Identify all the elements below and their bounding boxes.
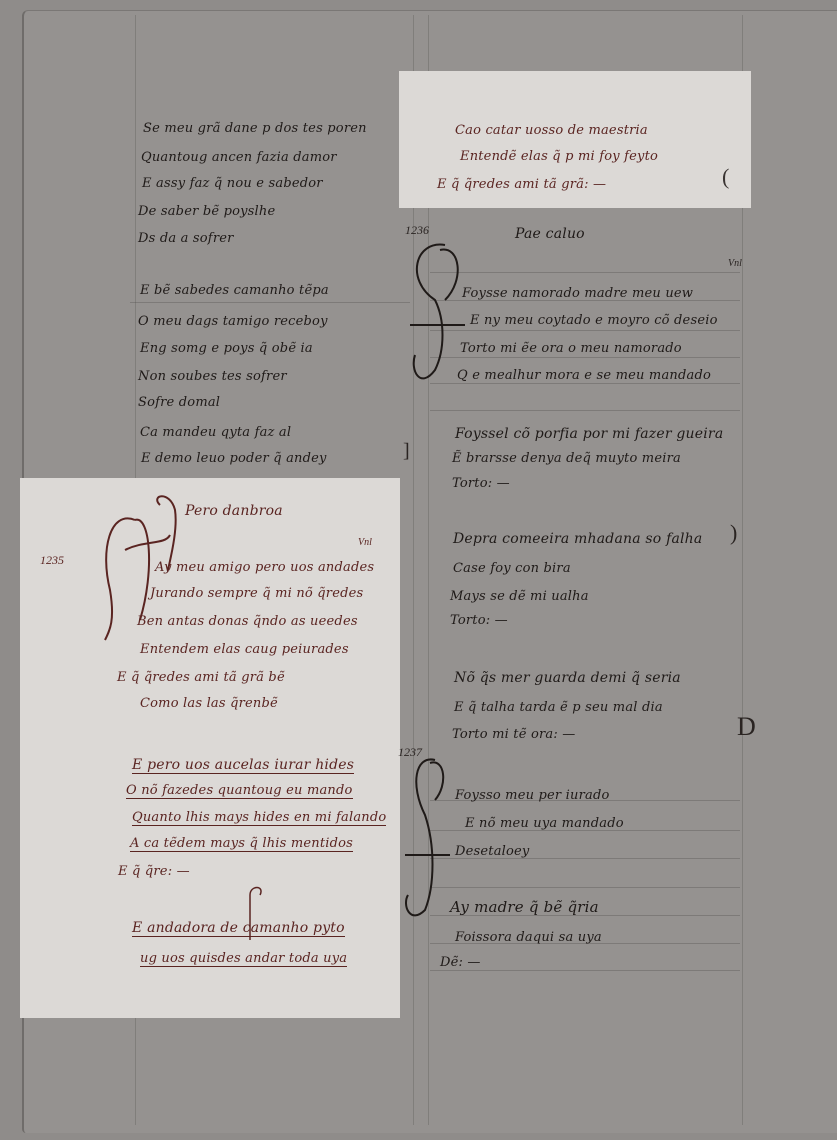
verse-line: Ca mandeu qyta faz al bbox=[140, 425, 291, 440]
verse-line: Eng somg e poys q̃ obẽ ia bbox=[140, 341, 313, 356]
ruled-line bbox=[130, 302, 410, 303]
verse-line: De saber bẽ poyslhe bbox=[138, 204, 275, 219]
verse-line: Cao catar uosso de maestria bbox=[455, 123, 648, 138]
verse-line: ug uos quisdes andar toda uya bbox=[140, 951, 347, 967]
decorative-flourish-icon bbox=[230, 885, 270, 945]
verse-line: Jurando sempre q̃ mi nõ q̃redes bbox=[150, 586, 363, 601]
verse-line: Torto: — bbox=[452, 476, 510, 491]
verse-line: E q̃ q̃redes ami tã grã: — bbox=[437, 177, 606, 192]
verse-line: Sofre domal bbox=[138, 395, 220, 410]
verse-line: Se meu grã dane p dos tes poren bbox=[143, 121, 367, 136]
verse-line: Foysse namorado madre meu uew bbox=[462, 286, 693, 301]
margin-note: Vnl bbox=[728, 258, 742, 269]
verse-line: Ay meu amigo pero uos andades bbox=[155, 560, 374, 575]
verse-line: Desetaloey bbox=[455, 844, 529, 859]
bracket-mark: ] bbox=[403, 440, 410, 463]
verse-line: Foysso meu per iurado bbox=[455, 788, 610, 803]
verse-line: Entendem elas caug peiurades bbox=[140, 642, 349, 657]
margin-letter-mark: D bbox=[737, 712, 756, 742]
verse-line: Torto: — bbox=[450, 613, 508, 628]
verse-line: Q e mealhur mora e se meu mandado bbox=[457, 368, 711, 383]
verse-line: Ds da a sofrer bbox=[138, 231, 234, 246]
verse-line: E ny meu coytado e moyro cõ deseio bbox=[470, 313, 718, 328]
margin-paren-mark: ( bbox=[722, 164, 729, 190]
poem-author: Pae caluo bbox=[515, 226, 585, 242]
ruled-line bbox=[430, 887, 740, 888]
ruled-line bbox=[430, 272, 740, 273]
poem-number: 1236 bbox=[405, 223, 429, 238]
verse-line: Foyssel cõ porfia por mi fazer gueira bbox=[455, 426, 723, 442]
verse-line: Entendẽ elas q̃ p mi foy feyto bbox=[460, 149, 658, 164]
verse-line: Depra comeeira mhadana so falha bbox=[453, 531, 702, 547]
verse-line: Quantoug ancen fazia damor bbox=[141, 150, 337, 165]
verse-line: O meu dags tamigo receboy bbox=[138, 314, 328, 329]
verse-line: E q̃ q̃re: — bbox=[118, 864, 190, 879]
verse-line: Nõ q̃s mer guarda demi q̃ seria bbox=[454, 670, 681, 686]
verse-line: E pero uos aucelas iurar hides bbox=[132, 757, 354, 774]
verse-line: Ay madre q̃ bẽ q̃ria bbox=[450, 898, 599, 916]
ruled-line bbox=[430, 383, 740, 384]
verse-line: A ca tẽdem mays q̃ lhis mentidos bbox=[130, 836, 353, 852]
margin-note: Vnl bbox=[358, 537, 372, 548]
verse-line: Foissora daqui sa uya bbox=[455, 930, 602, 945]
verse-line: Como las las q̃renbẽ bbox=[140, 696, 278, 711]
verse-line: Non soubes tes sofrer bbox=[138, 369, 287, 384]
poem-number: 1235 bbox=[40, 553, 64, 568]
verse-line: E q̃ talha tarda ẽ p seu mal dia bbox=[454, 700, 663, 715]
highlight-region-left bbox=[20, 478, 400, 1018]
verse-line: Mays se dẽ mi ualha bbox=[450, 589, 589, 604]
verse-line: Ben antas donas q̃ndo as ueedes bbox=[137, 614, 358, 629]
poem-author: Pero danbroa bbox=[185, 503, 283, 519]
verse-line: Ẽ brarsse denya deq̃ muyto meira bbox=[452, 451, 681, 466]
ruled-line bbox=[430, 410, 740, 411]
verse-line: Torto mi tẽ ora: — bbox=[452, 727, 575, 742]
verse-line: Dẽ: — bbox=[440, 955, 481, 970]
margin-paren-mark: ) bbox=[730, 520, 737, 546]
verse-line: E demo leuo poder q̃ andey bbox=[141, 451, 327, 466]
verse-line: E nõ meu uya mandado bbox=[465, 816, 624, 831]
verse-line: O nõ fazedes quantoug eu mando bbox=[126, 783, 353, 799]
verse-line: Torto mi ẽe ora o meu namorado bbox=[460, 341, 682, 356]
verse-line: Quanto lhis mays hides en mi falando bbox=[132, 810, 386, 826]
ruled-line bbox=[430, 357, 740, 358]
ruled-line bbox=[430, 330, 740, 331]
verse-line: E assy faz q̃ nou e sabedor bbox=[142, 176, 323, 191]
verse-line: Case foy con bira bbox=[453, 561, 571, 576]
verse-line: E q̃ q̃redes ami tã grã bẽ bbox=[117, 670, 285, 685]
ruled-line bbox=[430, 970, 740, 971]
verse-line: E bẽ sabedes camanho tẽpa bbox=[140, 283, 329, 298]
